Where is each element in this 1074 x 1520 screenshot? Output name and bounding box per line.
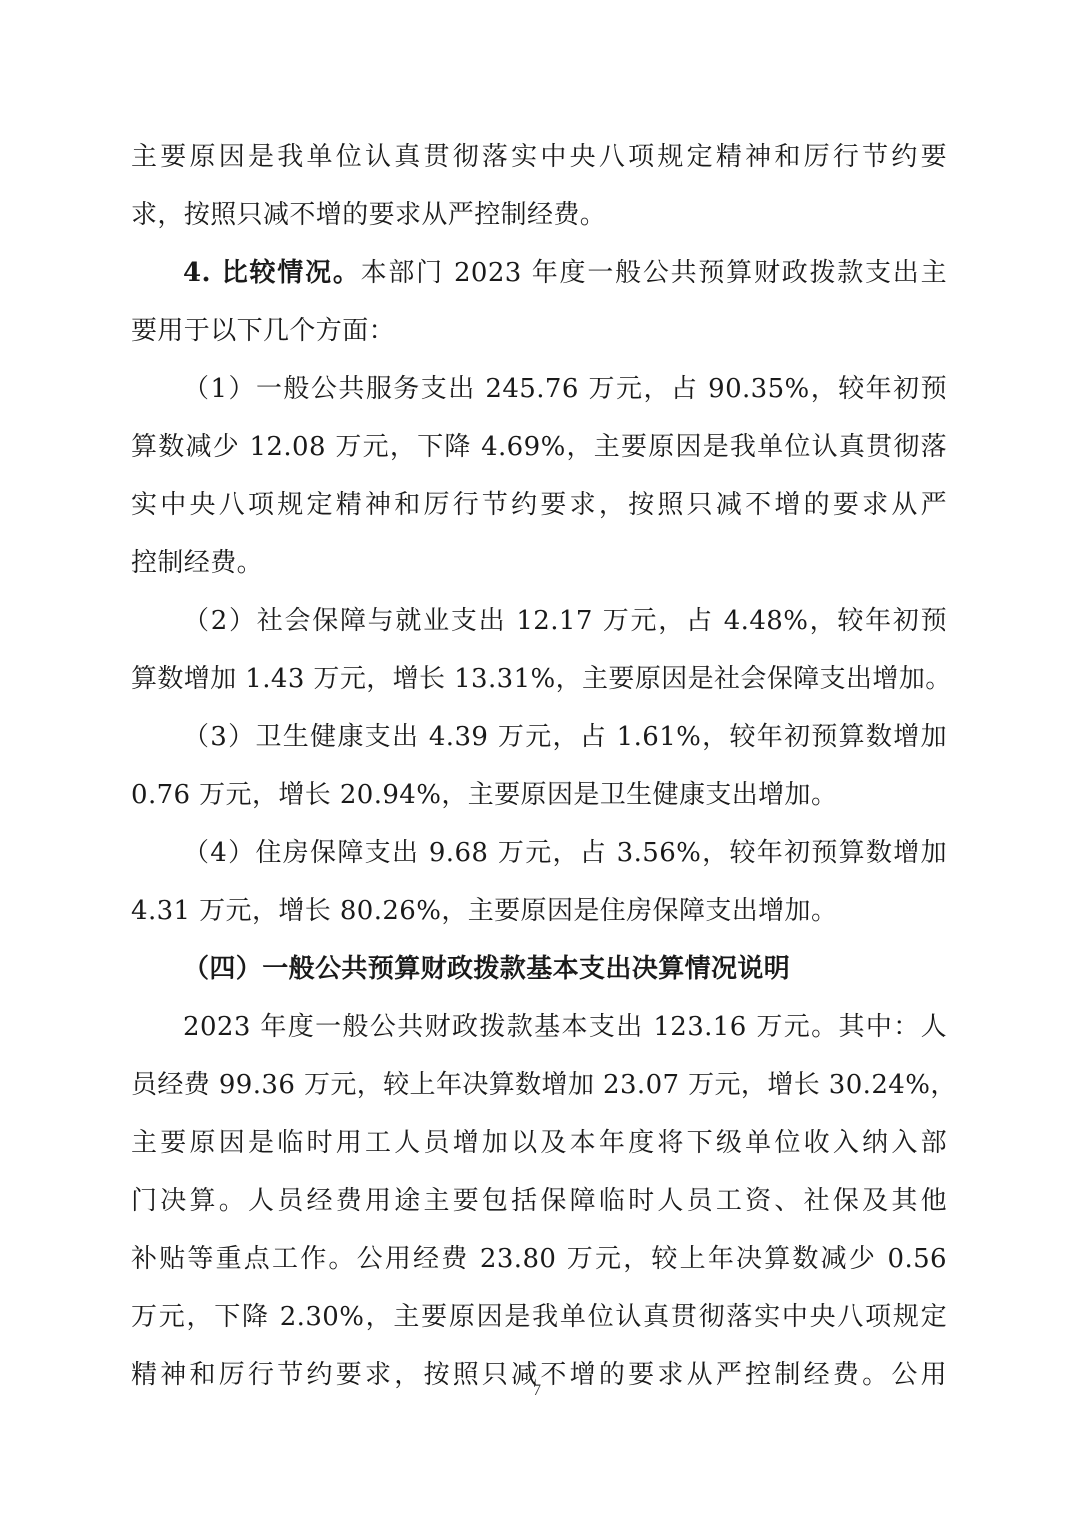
document-body: 主要原因是我单位认真贯彻落实中央八项规定精神和厉行节约要 求，按照只减不增的要求… xyxy=(131,132,947,1408)
text-line: 门决算。人员经费用途主要包括保障临时人员工资、社保及其他 xyxy=(131,1176,947,1234)
item-4-line: （4）住房保障支出 9.68 万元，占 3.56%，较年初预算数增加 xyxy=(131,828,947,886)
section-heading: （四）一般公共预算财政拨款基本支出决算情况说明 xyxy=(131,944,947,1002)
text-line: 算数增加 1.43 万元，增长 13.31%，主要原因是社会保障支出增加。 xyxy=(131,654,947,712)
text-line: 控制经费。 xyxy=(131,538,947,596)
text-line: 员经费 99.36 万元，较上年决算数增加 23.07 万元，增长 30.24%… xyxy=(131,1060,947,1118)
item-3-line: （3）卫生健康支出 4.39 万元，占 1.61%，较年初预算数增加 xyxy=(131,712,947,770)
text-line: 0.76 万元，增长 20.94%，主要原因是卫生健康支出增加。 xyxy=(131,770,947,828)
text-span: 本部门 2023 年度一般公共预算财政拨款支出主 xyxy=(361,258,947,288)
text-line: 主要原因是我单位认真贯彻落实中央八项规定精神和厉行节约要 xyxy=(131,132,947,190)
section-comparison-intro: 4. 比较情况。本部门 2023 年度一般公共预算财政拨款支出主 xyxy=(131,248,947,306)
text-line: 主要原因是临时用工人员增加以及本年度将下级单位收入纳入部 xyxy=(131,1118,947,1176)
text-line: 补贴等重点工作。公用经费 23.80 万元，较上年决算数减少 0.56 xyxy=(131,1234,947,1292)
text-line: 要用于以下几个方面： xyxy=(131,306,947,364)
section-label: 4. 比较情况。 xyxy=(183,258,361,288)
basic-expenditure-line: 2023 年度一般公共财政拨款基本支出 123.16 万元。其中：人 xyxy=(131,1002,947,1060)
text-line: 实中央八项规定精神和厉行节约要求，按照只减不增的要求从严 xyxy=(131,480,947,538)
page-number: 7 xyxy=(0,1382,1074,1400)
item-1-line: （1）一般公共服务支出 245.76 万元，占 90.35%，较年初预 xyxy=(131,364,947,422)
item-2-line: （2）社会保障与就业支出 12.17 万元，占 4.48%，较年初预 xyxy=(131,596,947,654)
text-line: 求，按照只减不增的要求从严控制经费。 xyxy=(131,190,947,248)
text-line: 4.31 万元，增长 80.26%，主要原因是住房保障支出增加。 xyxy=(131,886,947,944)
text-line: 万元，下降 2.30%，主要原因是我单位认真贯彻落实中央八项规定 xyxy=(131,1292,947,1350)
text-line: 算数减少 12.08 万元，下降 4.69%，主要原因是我单位认真贯彻落 xyxy=(131,422,947,480)
